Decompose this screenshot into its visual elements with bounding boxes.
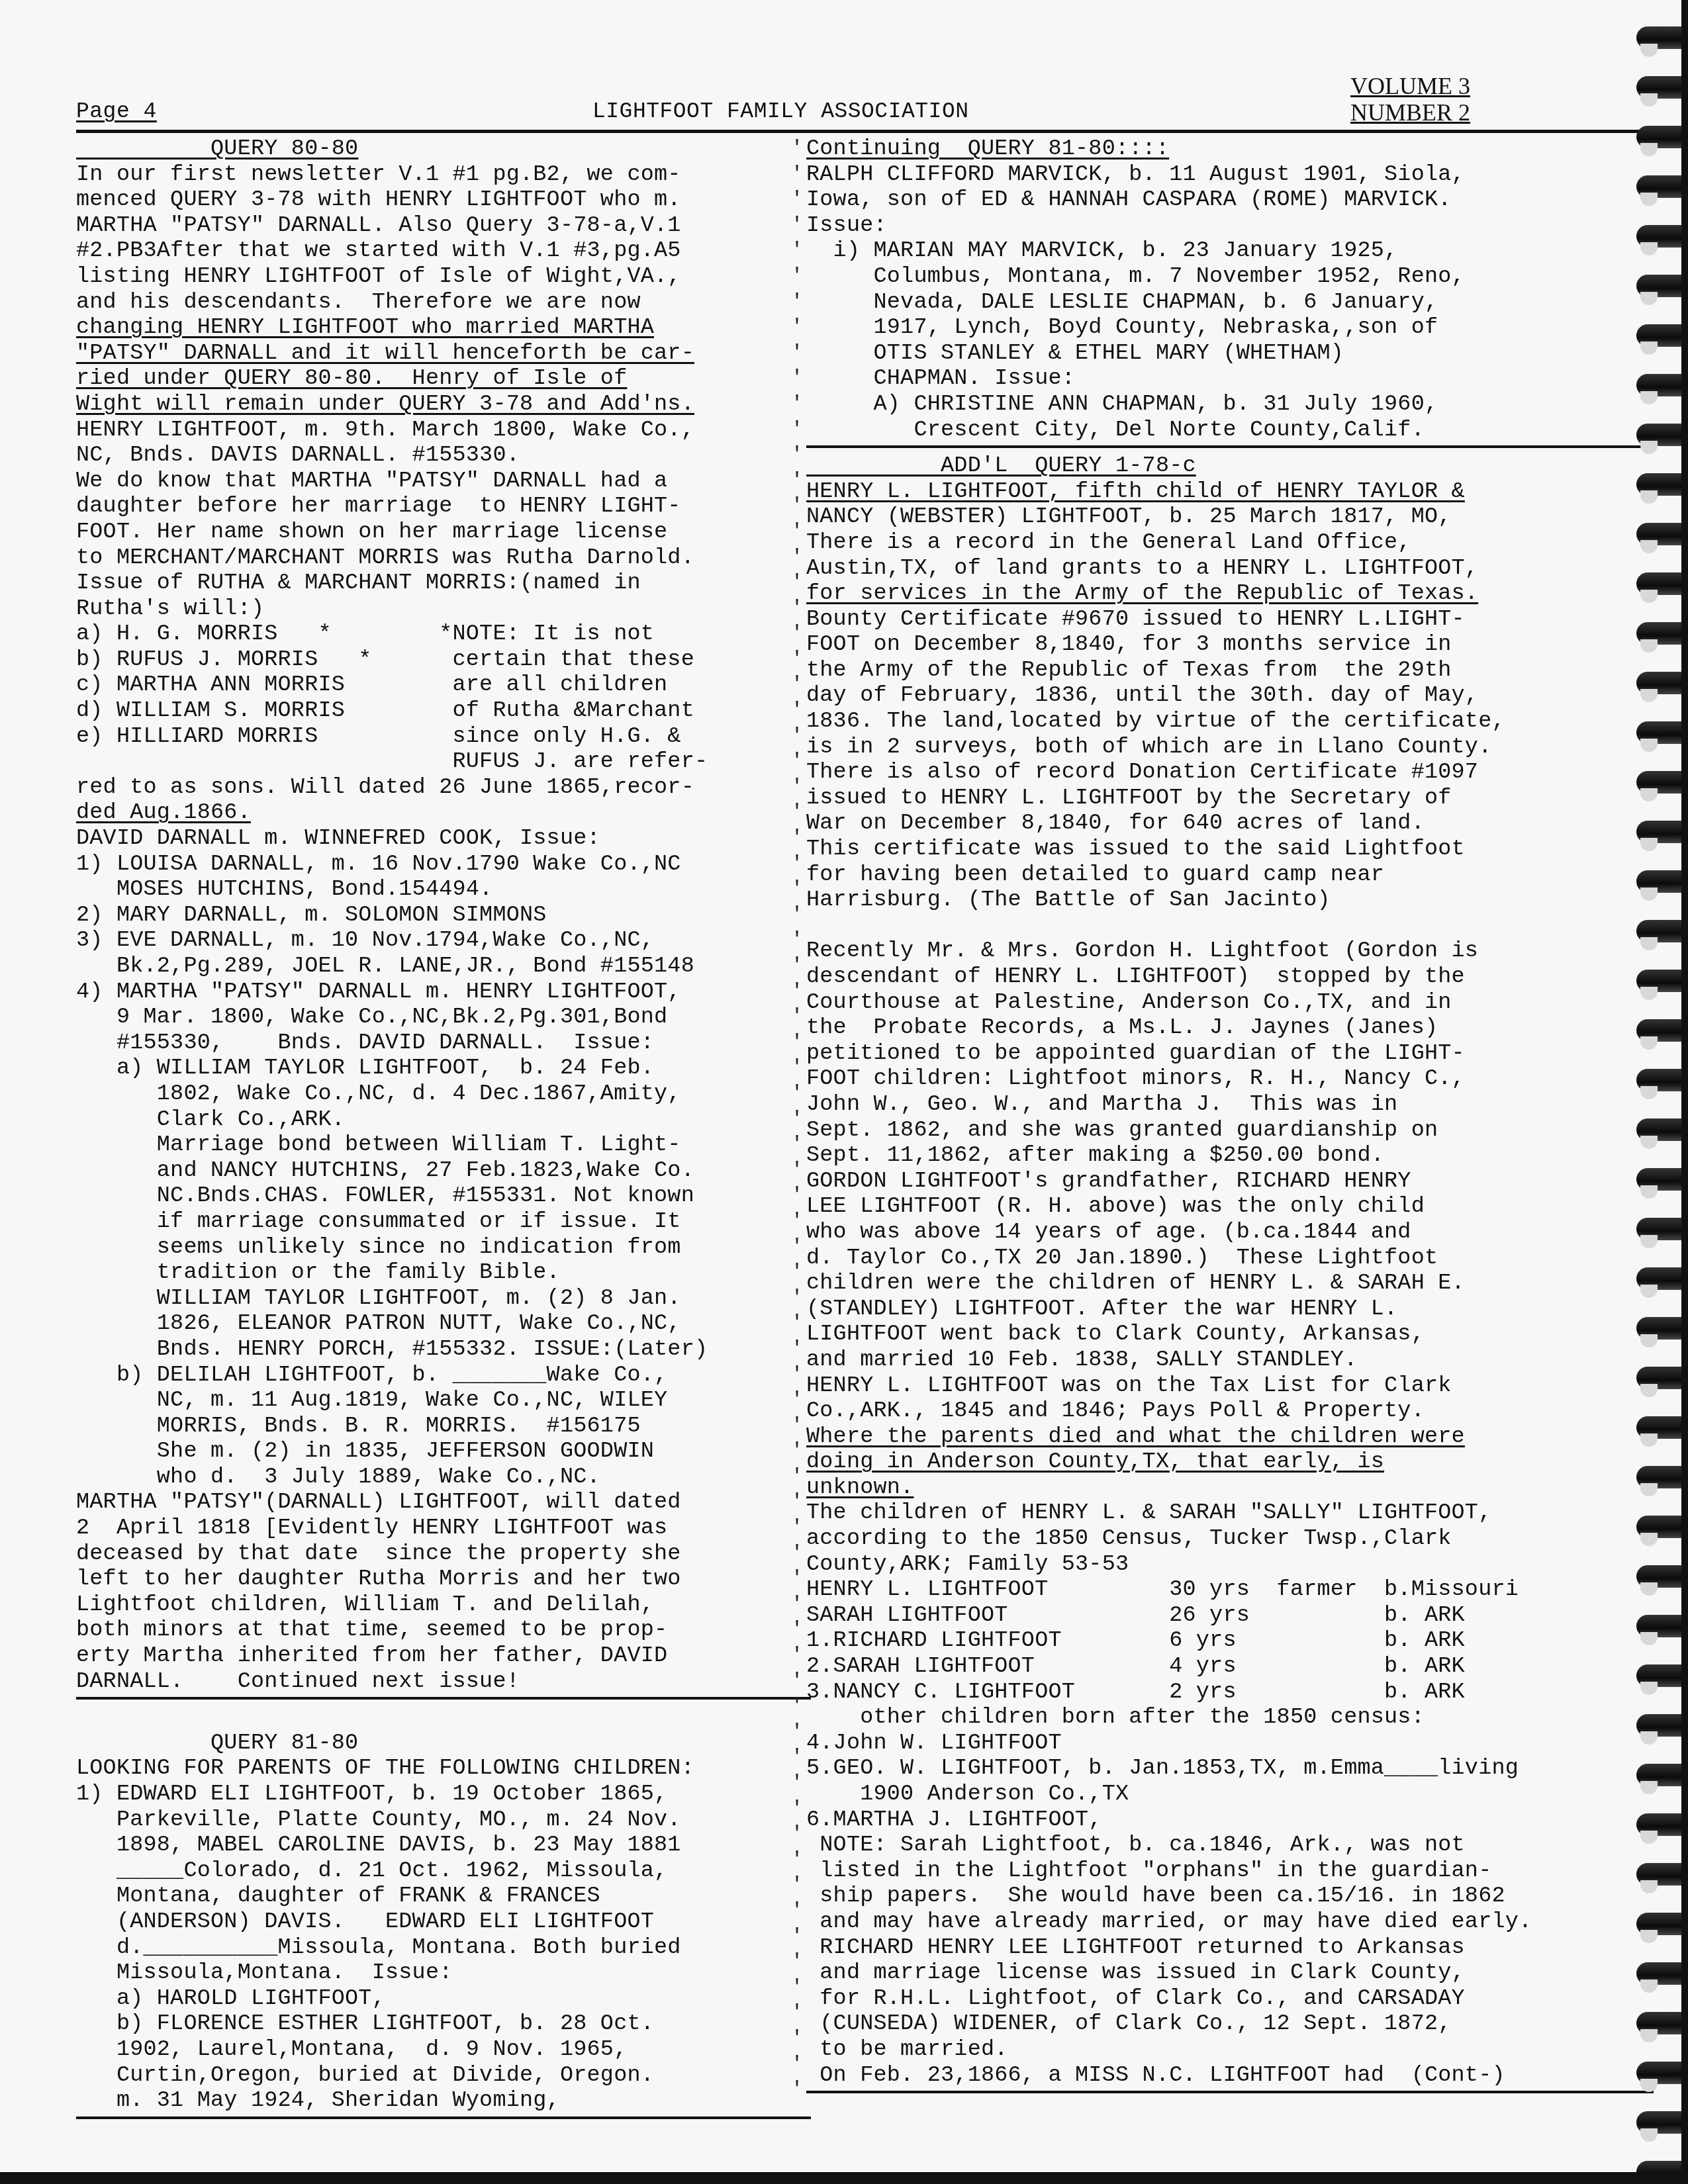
text-line: FOOT children: Lightfoot minors, R. H., … xyxy=(806,1066,1654,1092)
text-line: for R.H.L. Lightfoot, of Clark Co., and … xyxy=(806,1986,1654,2012)
text-line: In our first newsletter V.1 #1 pg.B2, we… xyxy=(76,162,811,188)
spiral-ring xyxy=(1636,1416,1688,1439)
text-line: Harrisburg. (The Battle of San Jacinto) xyxy=(806,887,1654,913)
spiral-ring xyxy=(1636,1069,1688,1091)
text-line: b) RUFUS J. MORRIS * certain that these xyxy=(76,647,811,673)
text-line: SARAH LIGHTFOOT 26 yrs b. ARK xyxy=(806,1603,1654,1629)
text-line: b) DELILAH LIGHTFOOT, b. _______Wake Co.… xyxy=(76,1363,811,1388)
spiral-ring xyxy=(1636,920,1688,942)
text-line: Rutha's will:) xyxy=(76,596,811,622)
spiral-ring xyxy=(1636,672,1688,694)
spiral-ring xyxy=(1636,1516,1688,1538)
text-line: County,ARK; Family 53-53 xyxy=(806,1552,1654,1578)
text-line: A) CHRISTINE ANN CHAPMAN, b. 31 July 196… xyxy=(806,392,1654,418)
column-separator: ' ' ' ' ' ' ' ' ' ' ' ' ' ' ' ' ' ' ' ' … xyxy=(791,136,804,2109)
text-line: Bk.2,Pg.289, JOEL R. LANE,JR., Bond #155… xyxy=(76,954,811,979)
spiral-ring xyxy=(1636,523,1688,545)
text-line: RICHARD HENRY LEE LIGHTFOOT returned to … xyxy=(806,1935,1654,1961)
spiral-ring xyxy=(1636,1218,1688,1240)
text-line: ship papers. She would have been ca.15/1… xyxy=(806,1884,1654,1909)
spiral-ring xyxy=(1636,2012,1688,2034)
spiral-ring xyxy=(1636,225,1688,248)
text-line: issued to HENRY L. LIGHTFOOT by the Secr… xyxy=(806,786,1654,811)
text-line: for having been detailed to guard camp n… xyxy=(806,862,1654,888)
text-line: Columbus, Montana, m. 7 November 1952, R… xyxy=(806,264,1654,290)
text-line: HENRY L. LIGHTFOOT was on the Tax List f… xyxy=(806,1373,1654,1399)
text-line: There is a record in the General Land Of… xyxy=(806,530,1654,556)
text-line: Wight will remain under QUERY 3-78 and A… xyxy=(76,392,811,418)
text-line: MOSES HUTCHINS, Bond.154494. xyxy=(76,877,811,903)
text-line: Courthouse at Palestine, Anderson Co.,TX… xyxy=(806,990,1654,1016)
volume-info: VOLUME 3 NUMBER 2 xyxy=(1350,73,1470,126)
text-line: 5.GEO. W. LIGHTFOOT, b. Jan.1853,TX, m.E… xyxy=(806,1756,1654,1782)
text-line: and marriage license was issued in Clark… xyxy=(806,1960,1654,1986)
text-line: Where the parents died and what the chil… xyxy=(806,1424,1654,1450)
spiral-ring xyxy=(1636,970,1688,992)
text-line: 2.SARAH LIGHTFOOT 4 yrs b. ARK xyxy=(806,1654,1654,1680)
spiral-ring xyxy=(1636,1813,1688,1836)
text-line: Austin,TX, of land grants to a HENRY L. … xyxy=(806,556,1654,582)
text-line: ried under QUERY 80-80. Henry of Isle of xyxy=(76,366,811,392)
text-line: 1.RICHARD LIGHTFOOT 6 yrs b. ARK xyxy=(806,1628,1654,1654)
text-line: Bnds. HENRY PORCH, #155332. ISSUE:(Later… xyxy=(76,1337,811,1363)
text-line: 9 Mar. 1800, Wake Co.,NC,Bk.2,Pg.301,Bon… xyxy=(76,1005,811,1030)
text-line: GORDON LIGHTFOOT's grandfather, RICHARD … xyxy=(806,1169,1654,1195)
text-line: ded Aug.1866. xyxy=(76,800,811,826)
text-line: 4.John W. LIGHTFOOT xyxy=(806,1731,1654,1756)
text-line: according to the 1850 Census, Tucker Tws… xyxy=(806,1526,1654,1552)
text-line: #155330, Bnds. DAVID DARNALL. Issue: xyxy=(76,1030,811,1056)
page-edge-shadow xyxy=(1681,0,1688,2184)
text-line: deceased by that date since the property… xyxy=(76,1541,811,1567)
text-line: LIGHTFOOT went back to Clark County, Ark… xyxy=(806,1322,1654,1347)
section-rule xyxy=(76,1697,811,1700)
spiral-ring xyxy=(1636,175,1688,198)
spiral-ring xyxy=(1636,1615,1688,1637)
text-line: FOOT on December 8,1840, for 3 months se… xyxy=(806,632,1654,658)
text-line: ADD'L QUERY 1-78-c xyxy=(806,453,1654,479)
spiral-ring xyxy=(1636,1317,1688,1340)
text-line: HENRY LIGHTFOOT, m. 9th. March 1800, Wak… xyxy=(76,418,811,443)
text-line: 4) MARTHA "PATSY" DARNALL m. HENRY LIGHT… xyxy=(76,979,811,1005)
text-line: Marriage bond between William T. Light- xyxy=(76,1132,811,1158)
spiral-ring xyxy=(1636,424,1688,446)
text-line: Clark Co.,ARK. xyxy=(76,1107,811,1133)
text-line: Missoula,Montana. Issue: xyxy=(76,1960,811,1986)
section-rule xyxy=(76,2116,811,2119)
text-line: Sept. 1862, and she was granted guardian… xyxy=(806,1118,1654,1144)
right-column: Continuing QUERY 81-80::::RALPH CLIFFORD… xyxy=(806,136,1654,2099)
spiral-ring xyxy=(1636,721,1688,744)
text-line: who was above 14 years of age. (b.ca.184… xyxy=(806,1220,1654,1246)
text-line: Bounty Certificate #9670 issued to HENRY… xyxy=(806,607,1654,633)
text-line: menced QUERY 3-78 with HENRY LIGHTFOOT w… xyxy=(76,187,811,213)
text-line: other children born after the 1850 censu… xyxy=(806,1705,1654,1731)
spiral-ring xyxy=(1636,1913,1688,1935)
text-line: and his descendants. Therefore we are no… xyxy=(76,290,811,316)
spiral-ring xyxy=(1636,572,1688,595)
text-line: On Feb. 23,1866, a MISS N.C. LIGHTFOOT h… xyxy=(806,2063,1654,2089)
text-line: 1826, ELEANOR PATRON NUTT, Wake Co.,NC, xyxy=(76,1311,811,1337)
text-line: MARTHA "PATSY" DARNALL. Also Query 3-78-… xyxy=(76,213,811,239)
text-line: _____Colorado, d. 21 Oct. 1962, Missoula… xyxy=(76,1858,811,1884)
text-line: Issue: xyxy=(806,213,1654,239)
text-line: This certificate was issued to the said … xyxy=(806,837,1654,862)
text-line: 3.NANCY C. LIGHTFOOT 2 yrs b. ARK xyxy=(806,1680,1654,1706)
text-line xyxy=(76,1705,811,1731)
spiral-ring xyxy=(1636,126,1688,148)
section-rule xyxy=(806,445,1654,448)
text-line: 2) MARY DARNALL, m. SOLOMON SIMMONS xyxy=(76,903,811,929)
publication-title: LIGHTFOOT FAMILY ASSOCIATION xyxy=(592,99,969,124)
text-line: who d. 3 July 1889, Wake Co.,NC. xyxy=(76,1465,811,1490)
text-line: listing HENRY LIGHTFOOT of Isle of Wight… xyxy=(76,264,811,290)
spiral-binding xyxy=(1635,0,1688,2184)
spiral-ring xyxy=(1636,1714,1688,1737)
text-line: Recently Mr. & Mrs. Gordon H. Lightfoot … xyxy=(806,938,1654,964)
text-line: She m. (2) in 1835, JEFFERSON GOODWIN xyxy=(76,1439,811,1465)
text-line: RUFUS J. are refer- xyxy=(76,749,811,775)
text-line: listed in the Lightfoot "orphans" in the… xyxy=(806,1858,1654,1884)
text-line: doing in Anderson County,TX, that early,… xyxy=(806,1449,1654,1475)
spiral-ring xyxy=(1636,1019,1688,1042)
newsletter-page: Page 4 LIGHTFOOT FAMILY ASSOCIATION VOLU… xyxy=(0,0,1688,2184)
text-line xyxy=(806,913,1654,939)
page-bottom-shadow xyxy=(0,2172,1688,2184)
text-line: red to as sons. Will dated 26 June 1865,… xyxy=(76,775,811,801)
text-line: Iowa, son of ED & HANNAH CASPARA (ROME) … xyxy=(806,187,1654,213)
text-line: d.__________Missoula, Montana. Both buri… xyxy=(76,1935,811,1961)
text-line: Sept. 11,1862, after making a $250.00 bo… xyxy=(806,1143,1654,1169)
spiral-ring xyxy=(1636,1168,1688,1191)
text-line: NOTE: Sarah Lightfoot, b. ca.1846, Ark.,… xyxy=(806,1833,1654,1858)
text-line: 6.MARTHA J. LIGHTFOOT, xyxy=(806,1807,1654,1833)
header-rule xyxy=(76,130,1645,133)
spiral-ring xyxy=(1636,1118,1688,1141)
text-line: to MERCHANT/MARCHANT MORRIS was Rutha Da… xyxy=(76,545,811,571)
text-line: a) WILLIAM TAYLOR LIGHTFOOT, b. 24 Feb. xyxy=(76,1056,811,1081)
volume-label: VOLUME 3 xyxy=(1350,73,1470,99)
text-line: daughter before her marriage to HENRY LI… xyxy=(76,494,811,520)
text-line: unknown. xyxy=(806,1475,1654,1501)
text-line: the Probate Records, a Ms.L. J. Jaynes (… xyxy=(806,1015,1654,1041)
text-line: LOOKING FOR PARENTS OF THE FOLLOWING CHI… xyxy=(76,1756,811,1782)
spiral-ring xyxy=(1636,771,1688,794)
text-line: Parkeville, Platte County, MO., m. 24 No… xyxy=(76,1807,811,1833)
text-line: NANCY (WEBSTER) LIGHTFOOT, b. 25 March 1… xyxy=(806,504,1654,530)
text-line: MORRIS, Bnds. B. R. MORRIS. #156175 xyxy=(76,1414,811,1439)
page-number: Page 4 xyxy=(76,99,157,124)
text-line: 1898, MABEL CAROLINE DAVIS, b. 23 May 18… xyxy=(76,1833,811,1858)
text-line: d. Taylor Co.,TX 20 Jan.1890.) These Lig… xyxy=(806,1246,1654,1271)
text-line: petitioned to be appointed guardian of t… xyxy=(806,1041,1654,1067)
spiral-ring xyxy=(1636,1764,1688,1786)
text-line: and may have already married, or may hav… xyxy=(806,1909,1654,1935)
text-line: FOOT. Her name shown on her marriage lic… xyxy=(76,520,811,545)
text-line: NC, m. 11 Aug.1819, Wake Co.,NC, WILEY xyxy=(76,1388,811,1414)
spiral-ring xyxy=(1636,1962,1688,1985)
text-line: (ANDERSON) DAVIS. EDWARD ELI LIGHTFOOT xyxy=(76,1909,811,1935)
text-line: War on December 8,1840, for 640 acres of… xyxy=(806,811,1654,837)
text-line: children were the children of HENRY L. &… xyxy=(806,1271,1654,1297)
text-line: day of February, 1836, until the 30th. d… xyxy=(806,683,1654,709)
spiral-ring xyxy=(1636,374,1688,396)
spiral-ring xyxy=(1636,473,1688,496)
spiral-ring xyxy=(1636,622,1688,645)
text-line: QUERY 80-80 xyxy=(76,136,811,162)
text-line: left to her daughter Rutha Morris and he… xyxy=(76,1567,811,1592)
text-line: DARNALL. Continued next issue! xyxy=(76,1669,811,1695)
spiral-ring xyxy=(1636,1664,1688,1687)
text-line: Curtin,Oregon, buried at Divide, Oregon. xyxy=(76,2063,811,2089)
text-line: erty Martha inherited from her father, D… xyxy=(76,1643,811,1669)
spiral-ring xyxy=(1636,76,1688,99)
text-line: tradition or the family Bible. xyxy=(76,1260,811,1286)
text-line: HENRY L. LIGHTFOOT, fifth child of HENRY… xyxy=(806,479,1654,505)
text-line: 1902, Laurel,Montana, d. 9 Nov. 1965, xyxy=(76,2037,811,2063)
text-line: for services in the Army of the Republic… xyxy=(806,581,1654,607)
text-line: Issue of RUTHA & MARCHANT MORRIS:(named … xyxy=(76,570,811,596)
text-line: and NANCY HUTCHINS, 27 Feb.1823,Wake Co. xyxy=(76,1158,811,1184)
text-line: #2.PB3After that we started with V.1 #3,… xyxy=(76,238,811,264)
text-line: and married 10 Feb. 1838, SALLY STANDLEY… xyxy=(806,1347,1654,1373)
text-line: seems unlikely since no indication from xyxy=(76,1235,811,1261)
text-line: Lightfoot children, William T. and Delil… xyxy=(76,1592,811,1618)
text-line: OTIS STANLEY & ETHEL MARY (WHETHAM) xyxy=(806,341,1654,367)
spiral-ring xyxy=(1636,870,1688,893)
text-line: "PATSY" DARNALL and it will henceforth b… xyxy=(76,341,811,367)
text-line: DAVID DARNALL m. WINNEFRED COOK, Issue: xyxy=(76,826,811,852)
text-line: WILLIAM TAYLOR LIGHTFOOT, m. (2) 8 Jan. xyxy=(76,1286,811,1312)
text-line: c) MARTHA ANN MORRIS are all children xyxy=(76,672,811,698)
text-line: 1917, Lynch, Boyd County, Nebraska,,son … xyxy=(806,315,1654,341)
text-line: There is also of record Donation Certifi… xyxy=(806,760,1654,786)
text-line: QUERY 81-80 xyxy=(76,1731,811,1756)
left-column: QUERY 80-80In our first newsletter V.1 #… xyxy=(76,136,811,2124)
text-line: m. 31 May 1924, Sheridan Wyoming, xyxy=(76,2088,811,2114)
text-line: (CUNSEDA) WIDENER, of Clark Co., 12 Sept… xyxy=(806,2011,1654,2037)
text-line: a) HAROLD LIGHTFOOT, xyxy=(76,1986,811,2012)
text-line: i) MARIAN MAY MARVICK, b. 23 January 192… xyxy=(806,238,1654,264)
text-line: The children of HENRY L. & SARAH "SALLY"… xyxy=(806,1500,1654,1526)
text-line: LEE LIGHTFOOT (R. H. above) was the only… xyxy=(806,1194,1654,1220)
text-line: 1) EDWARD ELI LIGHTFOOT, b. 19 October 1… xyxy=(76,1782,811,1807)
text-line: e) HILLIARD MORRIS since only H.G. & xyxy=(76,724,811,750)
text-line: 1900 Anderson Co.,TX xyxy=(806,1782,1654,1807)
text-line: 1836. The land,located by virtue of the … xyxy=(806,709,1654,735)
text-line: Continuing QUERY 81-80:::: xyxy=(806,136,1654,162)
text-line: b) FLORENCE ESTHER LIGHTFOOT, b. 28 Oct. xyxy=(76,2011,811,2037)
section-rule xyxy=(806,2091,1654,2093)
text-line: changing HENRY LIGHTFOOT who married MAR… xyxy=(76,315,811,341)
spiral-ring xyxy=(1636,2062,1688,2084)
text-line: if marriage consummated or if issue. It xyxy=(76,1209,811,1235)
text-line: RALPH CLIFFORD MARVICK, b. 11 August 190… xyxy=(806,162,1654,188)
spiral-ring xyxy=(1636,1863,1688,1886)
text-line: NC.Bnds.CHAS. FOWLER, #155331. Not known xyxy=(76,1183,811,1209)
text-line: (STANDLEY) LIGHTFOOT. After the war HENR… xyxy=(806,1297,1654,1322)
spiral-ring xyxy=(1636,275,1688,297)
spiral-ring xyxy=(1636,2111,1688,2134)
text-line: 2 April 1818 [Evidently HENRY LIGHTFOOT … xyxy=(76,1516,811,1541)
text-line: 3) EVE DARNALL, m. 10 Nov.1794,Wake Co.,… xyxy=(76,928,811,954)
text-line: 1) LOUISA DARNALL, m. 16 Nov.1790 Wake C… xyxy=(76,852,811,878)
spiral-ring xyxy=(1636,1466,1688,1488)
text-line: a) H. G. MORRIS * *NOTE: It is not xyxy=(76,621,811,647)
text-line: 1802, Wake Co.,NC, d. 4 Dec.1867,Amity, xyxy=(76,1081,811,1107)
text-line: both minors at that time, seemed to be p… xyxy=(76,1617,811,1643)
spiral-ring xyxy=(1636,324,1688,347)
text-line: HENRY L. LIGHTFOOT 30 yrs farmer b.Misso… xyxy=(806,1577,1654,1603)
text-line: d) WILLIAM S. MORRIS of Rutha &Marchant xyxy=(76,698,811,724)
text-line: NC, Bnds. DAVIS DARNALL. #155330. xyxy=(76,443,811,469)
number-label: NUMBER 2 xyxy=(1350,99,1470,126)
text-line: Montana, daughter of FRANK & FRANCES xyxy=(76,1884,811,1909)
spiral-ring xyxy=(1636,1367,1688,1389)
spiral-ring xyxy=(1636,1565,1688,1588)
text-line: is in 2 surveys, both of which are in Ll… xyxy=(806,735,1654,760)
text-line: CHAPMAN. Issue: xyxy=(806,366,1654,392)
text-line: the Army of the Republic of Texas from t… xyxy=(806,658,1654,684)
text-line: descendant of HENRY L. LIGHTFOOT) stoppe… xyxy=(806,964,1654,990)
text-line: to be married. xyxy=(806,2037,1654,2063)
spiral-ring xyxy=(1636,1267,1688,1290)
text-line: MARTHA "PATSY"(DARNALL) LIGHTFOOT, will … xyxy=(76,1490,811,1516)
spiral-ring xyxy=(1636,821,1688,843)
text-line: Nevada, DALE LESLIE CHAPMAN, b. 6 Januar… xyxy=(806,290,1654,316)
text-line: John W., Geo. W., and Martha J. This was… xyxy=(806,1092,1654,1118)
text-line: Crescent City, Del Norte County,Calif. xyxy=(806,418,1654,443)
spiral-ring xyxy=(1636,26,1688,49)
text-line: Co.,ARK., 1845 and 1846; Pays Poll & Pro… xyxy=(806,1398,1654,1424)
text-line: We do know that MARTHA "PATSY" DARNALL h… xyxy=(76,469,811,494)
